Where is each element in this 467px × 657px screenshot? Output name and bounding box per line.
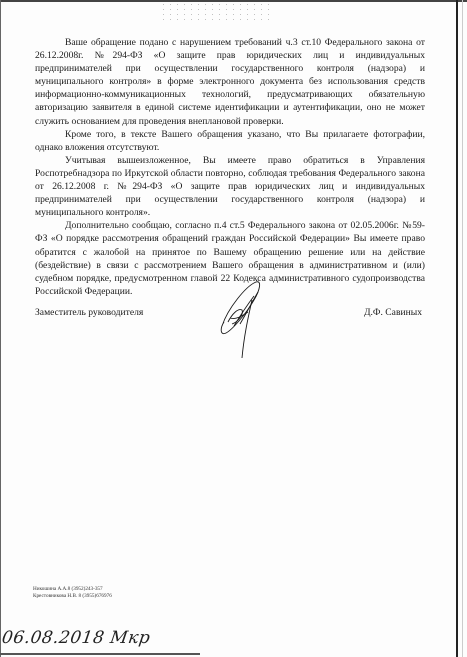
scan-left-edge	[0, 0, 1, 657]
scanned-letter-page: Ваше обращение подано с нарушением требо…	[0, 0, 467, 657]
scan-right-edge	[456, 0, 458, 657]
executor-line: Крестовникова Н.В. 8 (3955)676976	[33, 593, 112, 600]
paragraph-attachments: Кроме того, в тексте Вашего обращения ук…	[35, 128, 425, 154]
scan-bottom-edge	[0, 653, 200, 655]
paragraph-right-to-reapply: Учитывая вышеизложенное, Вы имеете право…	[35, 154, 425, 219]
paragraph-violation: Ваше обращение подано с нарушением требо…	[35, 36, 425, 128]
scan-noise-artifact	[160, 2, 270, 20]
handwritten-signature-icon	[218, 278, 268, 360]
handwritten-date-note: 06.08.2018 Мкр	[1, 628, 152, 648]
executors-contacts: Никошина А.А.8 (3952)243-357 Крестовнико…	[33, 586, 112, 600]
signatory-name: Д.Ф. Савиных	[364, 307, 422, 318]
executor-line: Никошина А.А.8 (3952)243-357	[33, 586, 112, 593]
scan-right-shadow	[462, 0, 463, 657]
letter-body: Ваше обращение подано с нарушением требо…	[35, 36, 425, 298]
signatory-title: Заместитель руководителя	[35, 307, 143, 318]
